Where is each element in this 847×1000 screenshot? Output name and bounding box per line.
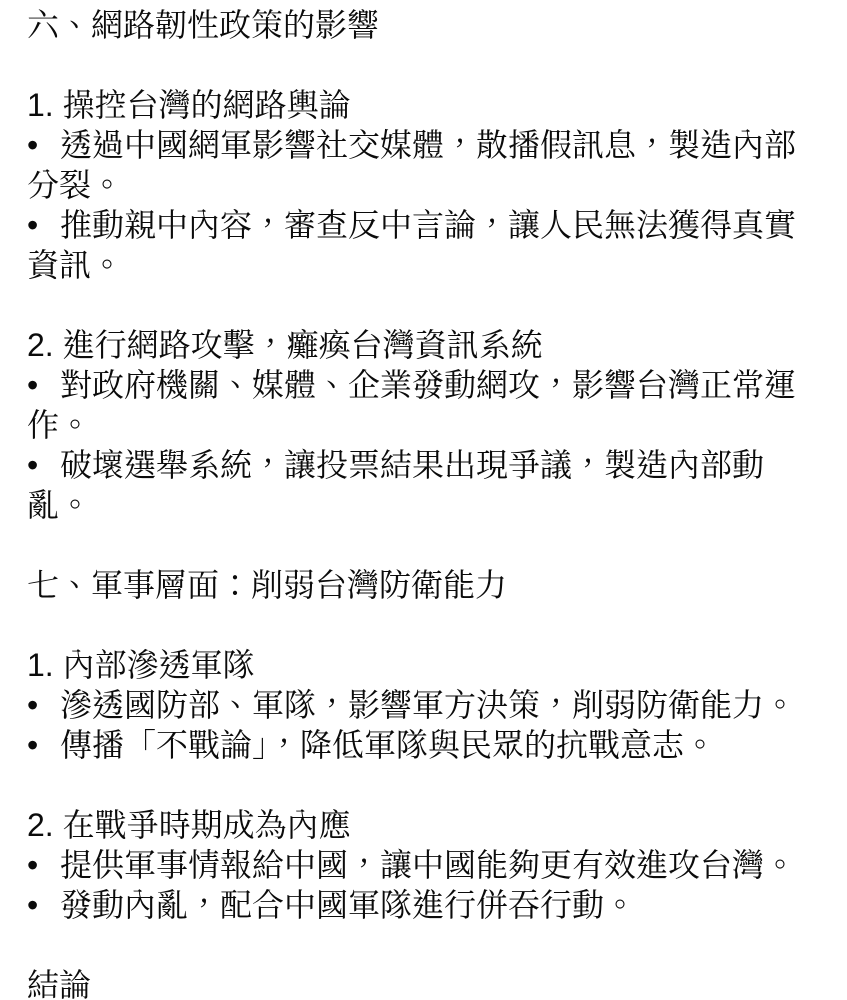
text-line: •傳播「不戰論」，降低軍隊與民眾的抗戰意志。 — [27, 725, 827, 765]
text-line: •對政府機關、媒體、企業發動網攻，影響台灣正常運 — [27, 365, 827, 405]
text-line: 七、軍事層面：削弱台灣防衛能力 — [27, 565, 827, 605]
text-line: •推動親中內容，審查反中言論，讓人民無法獲得真實 — [27, 205, 827, 245]
line-text: 六、網路韌性政策的影響 — [27, 7, 379, 43]
line-text: 2. 在戰爭時期成為內應 — [27, 807, 351, 843]
line-text: 亂。 — [27, 487, 91, 523]
line-text: 發動內亂，配合中國軍隊進行併吞行動。 — [60, 887, 636, 923]
text-line: 資訊。 — [27, 245, 827, 285]
text-line: 六、網路韌性政策的影響 — [27, 5, 827, 45]
text-line: •發動內亂，配合中國軍隊進行併吞行動。 — [27, 885, 827, 925]
line-text: 結論 — [27, 967, 91, 1000]
bullet-marker: • — [27, 205, 60, 245]
text-line: •滲透國防部、軍隊，影響軍方決策，削弱防衛能力。 — [27, 685, 827, 725]
bullet-marker: • — [27, 725, 60, 765]
section-7-point-2: 2. 在戰爭時期成為內應•提供軍事情報給中國，讓中國能夠更有效進攻台灣。•發動內… — [27, 805, 827, 925]
line-text: 破壞選舉系統，讓投票結果出現爭議，製造內部動 — [60, 447, 764, 483]
line-text: 1. 操控台灣的網路輿論 — [27, 87, 351, 123]
section-6-heading: 六、網路韌性政策的影響 — [27, 5, 827, 45]
line-text: 資訊。 — [27, 247, 123, 283]
line-text: 分裂。 — [27, 167, 123, 203]
text-line: 亂。 — [27, 485, 827, 525]
line-text: 傳播「不戰論」，降低軍隊與民眾的抗戰意志。 — [60, 727, 716, 763]
section-6-point-2: 2. 進行網路攻擊，癱瘓台灣資訊系統•對政府機關、媒體、企業發動網攻，影響台灣正… — [27, 325, 827, 525]
bullet-marker: • — [27, 365, 60, 405]
bullet-marker: • — [27, 845, 60, 885]
text-line: 1. 操控台灣的網路輿論 — [27, 85, 827, 125]
text-line: •破壞選舉系統，讓投票結果出現爭議，製造內部動 — [27, 445, 827, 485]
text-line: 2. 在戰爭時期成為內應 — [27, 805, 827, 845]
bullet-marker: • — [27, 125, 60, 165]
text-line: 作。 — [27, 405, 827, 445]
bullet-marker: • — [27, 445, 60, 485]
line-text: 作。 — [27, 407, 91, 443]
line-text: 推動親中內容，審查反中言論，讓人民無法獲得真實 — [60, 207, 796, 243]
text-line: 結論 — [27, 965, 827, 1000]
section-7-heading: 七、軍事層面：削弱台灣防衛能力 — [27, 565, 827, 605]
line-text: 七、軍事層面：削弱台灣防衛能力 — [27, 567, 507, 603]
text-line: 2. 進行網路攻擊，癱瘓台灣資訊系統 — [27, 325, 827, 365]
line-text: 1. 內部滲透軍隊 — [27, 647, 255, 683]
line-text: 滲透國防部、軍隊，影響軍方決策，削弱防衛能力。 — [60, 687, 796, 723]
section-7-point-1: 1. 內部滲透軍隊•滲透國防部、軍隊，影響軍方決策，削弱防衛能力。•傳播「不戰論… — [27, 645, 827, 765]
line-text: 提供軍事情報給中國，讓中國能夠更有效進攻台灣。 — [60, 847, 796, 883]
text-line: 分裂。 — [27, 165, 827, 205]
text-line: 1. 內部滲透軍隊 — [27, 645, 827, 685]
document-page: 六、網路韌性政策的影響1. 操控台灣的網路輿論•透過中國網軍影響社交媒體，散播假… — [0, 0, 847, 1000]
text-line: •提供軍事情報給中國，讓中國能夠更有效進攻台灣。 — [27, 845, 827, 885]
bullet-marker: • — [27, 685, 60, 725]
line-text: 對政府機關、媒體、企業發動網攻，影響台灣正常運 — [60, 367, 796, 403]
document-body: 六、網路韌性政策的影響1. 操控台灣的網路輿論•透過中國網軍影響社交媒體，散播假… — [27, 5, 827, 1000]
conclusion-heading: 結論 — [27, 965, 827, 1000]
section-6-point-1: 1. 操控台灣的網路輿論•透過中國網軍影響社交媒體，散播假訊息，製造內部分裂。•… — [27, 85, 827, 285]
line-text: 2. 進行網路攻擊，癱瘓台灣資訊系統 — [27, 327, 543, 363]
text-line: •透過中國網軍影響社交媒體，散播假訊息，製造內部 — [27, 125, 827, 165]
line-text: 透過中國網軍影響社交媒體，散播假訊息，製造內部 — [60, 127, 796, 163]
bullet-marker: • — [27, 885, 60, 925]
